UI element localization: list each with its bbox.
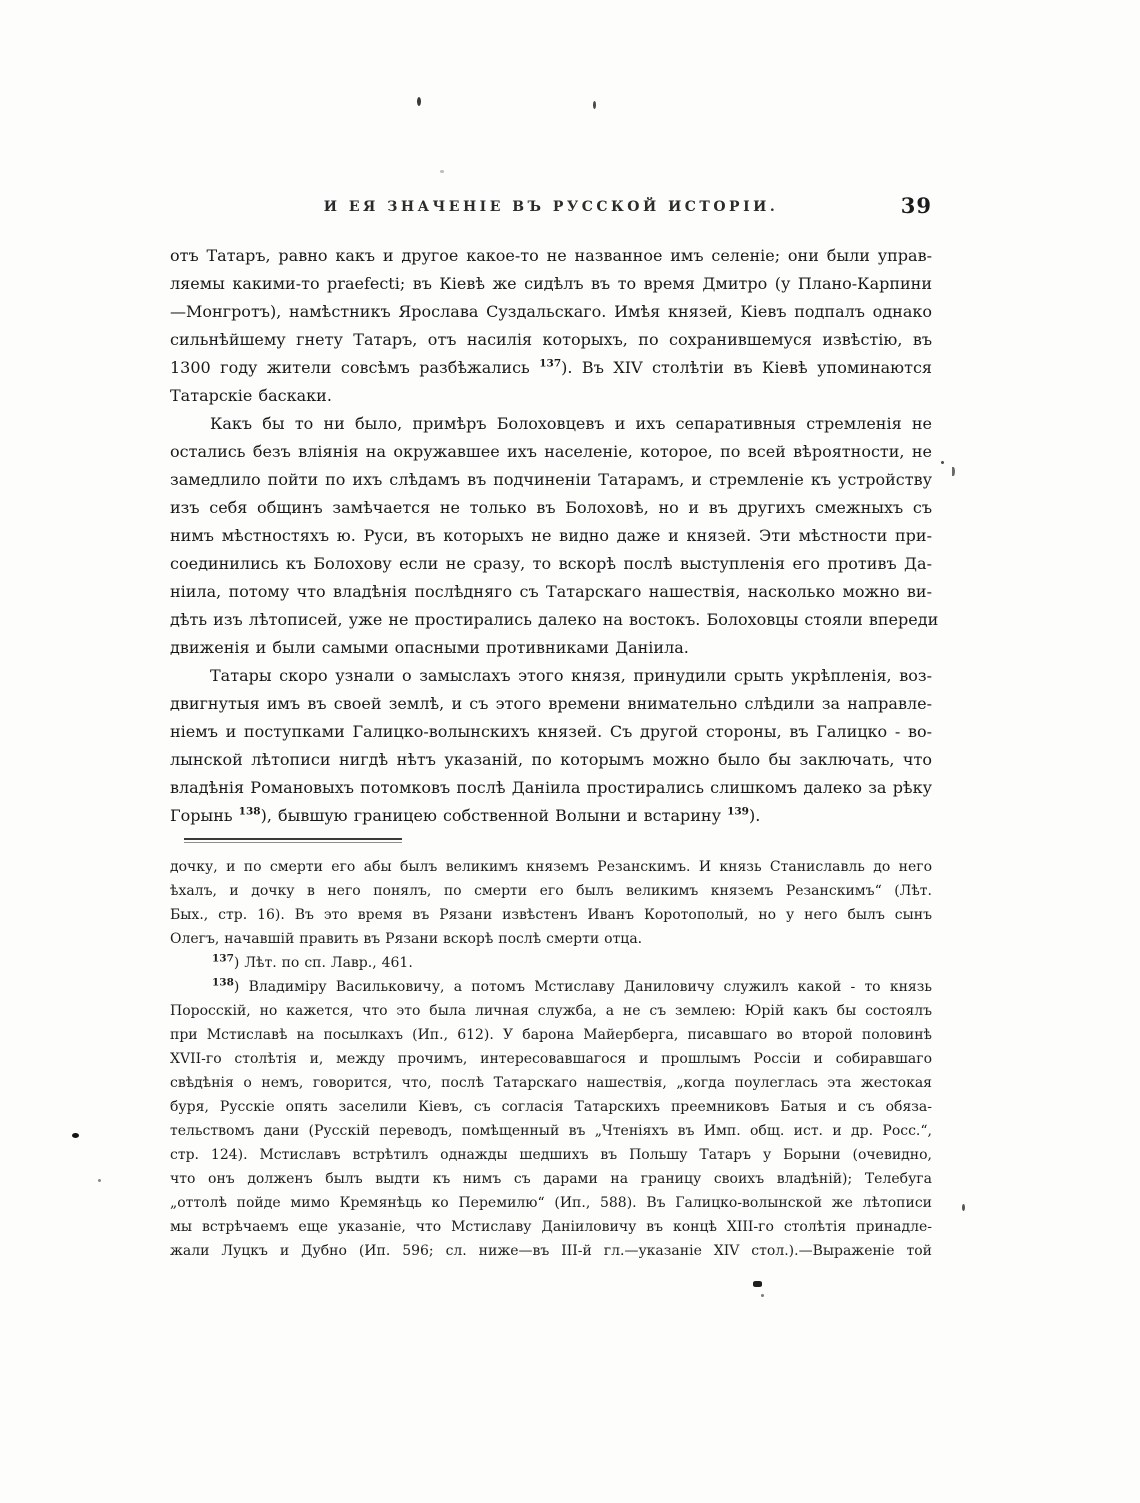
text-line: ніемъ и поступками Галицко-волынскихъ кн…: [170, 718, 932, 746]
text-line: стр. 124). Мстиславъ встрѣтилъ однажды ш…: [170, 1143, 932, 1167]
text-line: ніила, потому что владѣнія послѣдняго съ…: [170, 578, 932, 606]
scan-speck: [761, 1294, 764, 1297]
scan-speck: [440, 170, 444, 173]
text-line: буря, Русскіе опять заселили Кіевъ, съ с…: [170, 1095, 932, 1119]
scan-speck: [962, 1204, 965, 1211]
footnote-ref: 138: [212, 976, 234, 988]
text-line: Татары скоро узнали о замыслахъ этого кн…: [170, 662, 932, 690]
scan-speck: [952, 467, 955, 476]
text-line: Олегъ, начавшій править въ Рязани вскорѣ…: [170, 927, 932, 951]
text-line: движенія и были самыми опасными противни…: [170, 634, 932, 662]
footnote-ref: 137: [539, 358, 561, 370]
text-line: тельствомъ дани (Русскій переводъ, помѣщ…: [170, 1119, 932, 1143]
text-line: —Монгротъ), намѣстникъ Ярослава Суздальс…: [170, 298, 932, 326]
footnote-ref: 137: [212, 952, 234, 964]
text-line: 138) Владиміру Васильковичу, а потомъ Мс…: [170, 975, 932, 999]
text-line: двигнутыя имъ въ своей землѣ, и съ этого…: [170, 690, 932, 718]
footnote-ref: 138: [239, 806, 261, 818]
scan-speck: [593, 101, 596, 109]
footnotes: дочку, и по смерти его абы былъ великимъ…: [170, 855, 932, 1263]
text-line: дочку, и по смерти его абы былъ великимъ…: [170, 855, 932, 879]
text-line: нимъ мѣстностяхъ ю. Руси, въ которыхъ не…: [170, 522, 932, 550]
running-head: И ЕЯ ЗНАЧЕНІЕ ВЪ РУССКОЙ ИСТОРІИ. 39: [170, 196, 932, 220]
text-line: владѣнія Романовыхъ потомковъ послѣ Дані…: [170, 774, 932, 802]
text-line: Горынь 138), бывшую границею собственной…: [170, 802, 932, 830]
text-line: лынской лѣтописи нигдѣ нѣтъ указаній, по…: [170, 746, 932, 774]
scanned-book-page: И ЕЯ ЗНАЧЕНІЕ ВЪ РУССКОЙ ИСТОРІИ. 39 отъ…: [0, 0, 1140, 1503]
text-line: „оттолѣ пойде мимо Кремянѣць ко Перемилю…: [170, 1191, 932, 1215]
page-header-title: И ЕЯ ЗНАЧЕНІЕ ВЪ РУССКОЙ ИСТОРІИ.: [170, 196, 932, 215]
scan-speck: [72, 1133, 79, 1138]
text-block: И ЕЯ ЗНАЧЕНІЕ ВЪ РУССКОЙ ИСТОРІИ. 39 отъ…: [170, 196, 932, 1263]
text-line: ѣхалъ, и дочку в него понялъ, по смерти …: [170, 879, 932, 903]
text-line: XVII-го столѣтія и, между прочимъ, интер…: [170, 1047, 932, 1071]
text-line: что онъ долженъ былъ выдти къ нимъ съ да…: [170, 1167, 932, 1191]
text-line: сильнѣйшему гнету Татаръ, отъ насилія ко…: [170, 326, 932, 354]
text-line: 1300 году жители совсѣмъ разбѣжались 137…: [170, 354, 932, 382]
scan-speck: [417, 97, 421, 106]
footnote-ref: 139: [727, 806, 749, 818]
text-line: 137) Лѣт. по сп. Лавр., 461.: [170, 951, 932, 975]
text-line: изъ себя общинъ замѣчается не только въ …: [170, 494, 932, 522]
footnote-separator: [184, 838, 402, 843]
text-line: ляемы какими-то praefecti; въ Кіевѣ же с…: [170, 270, 932, 298]
text-line: Татарскіе баскаки.: [170, 382, 932, 410]
text-line: соединились къ Болохову если не сразу, т…: [170, 550, 932, 578]
text-line: остались безъ вліянія на окружавшее ихъ …: [170, 438, 932, 466]
text-line: при Мстиславѣ на посылкахъ (Ип., 612). У…: [170, 1023, 932, 1047]
text-line: Поросскій, но кажется, что это была личн…: [170, 999, 932, 1023]
body-text: отъ Татаръ, равно какъ и другое какое-то…: [170, 242, 932, 830]
scan-speck: [753, 1281, 762, 1287]
text-line: отъ Татаръ, равно какъ и другое какое-то…: [170, 242, 932, 270]
text-line: Бых., стр. 16). Въ это время въ Рязани и…: [170, 903, 932, 927]
text-line: дѣть изъ лѣтописей, уже не простирались …: [170, 606, 932, 634]
text-line: жали Луцкъ и Дубно (Ип. 596; сл. ниже—въ…: [170, 1239, 932, 1263]
scan-speck: [941, 461, 944, 464]
text-line: замедлило пойти по ихъ слѣдамъ въ подчин…: [170, 466, 932, 494]
page-number: 39: [901, 193, 932, 218]
text-line: свѣдѣнія о немъ, говорится, что, послѣ Т…: [170, 1071, 932, 1095]
text-line: мы встрѣчаемъ еще указаніе, что Мстислав…: [170, 1215, 932, 1239]
text-line: Какъ бы то ни было, примѣръ Болоховцевъ …: [170, 410, 932, 438]
scan-speck: [98, 1179, 101, 1182]
